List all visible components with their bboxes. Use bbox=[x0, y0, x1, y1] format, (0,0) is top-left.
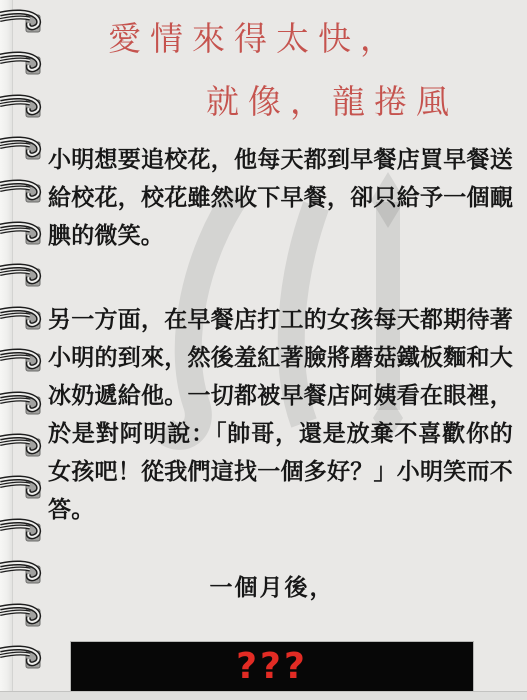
spiral-binder-ring-icon bbox=[0, 433, 46, 459]
spiral-binder-ring-icon bbox=[0, 518, 46, 544]
spiral-binder-ring-icon bbox=[0, 306, 46, 332]
censor-question-marks: ??? bbox=[236, 649, 308, 685]
spiral-binder-ring-icon bbox=[0, 263, 46, 289]
spiral-binder-ring-icon bbox=[0, 221, 46, 247]
censor-bar: ??? bbox=[70, 641, 474, 692]
story-paragraph-1: 小明想要追校花，他每天都到早餐店買早餐送給校花，校花雖然收下早餐，卻只給予一個靦… bbox=[48, 141, 513, 255]
notebook-page: 愛情來得太快， 就像，龍捲風 小明想要追校花，他每天都到早餐店買早餐送給校花，校… bbox=[0, 0, 527, 700]
spiral-binder-ring-icon bbox=[0, 51, 46, 77]
spiral-binder-ring-icon bbox=[0, 475, 46, 501]
spiral-binder-ring-icon bbox=[0, 94, 46, 120]
spiral-binder-ring-icon bbox=[0, 348, 46, 374]
time-skip-text: 一個月後， bbox=[70, 569, 474, 607]
spiral-binder-ring-icon bbox=[0, 560, 46, 586]
story-paragraph-2: 另一方面，在早餐店打工的女孩每天都期待著小明的到來，然後羞紅著臉將蘑菇鐵板麵和大… bbox=[48, 301, 513, 529]
handwritten-title-line-2: 就像，龍捲風 bbox=[206, 76, 458, 123]
spiral-binder-ring-icon bbox=[0, 645, 46, 671]
binder-rings bbox=[0, 0, 50, 700]
spiral-binder-ring-icon bbox=[0, 603, 46, 629]
spiral-binder-ring-icon bbox=[0, 391, 46, 417]
spiral-binder-ring-icon bbox=[0, 9, 46, 35]
handwritten-title-line-1: 愛情來得太快， bbox=[108, 13, 402, 60]
spiral-binder-ring-icon bbox=[0, 179, 46, 205]
spiral-binder-ring-icon bbox=[0, 136, 46, 162]
page-bottom-edge bbox=[0, 691, 527, 700]
